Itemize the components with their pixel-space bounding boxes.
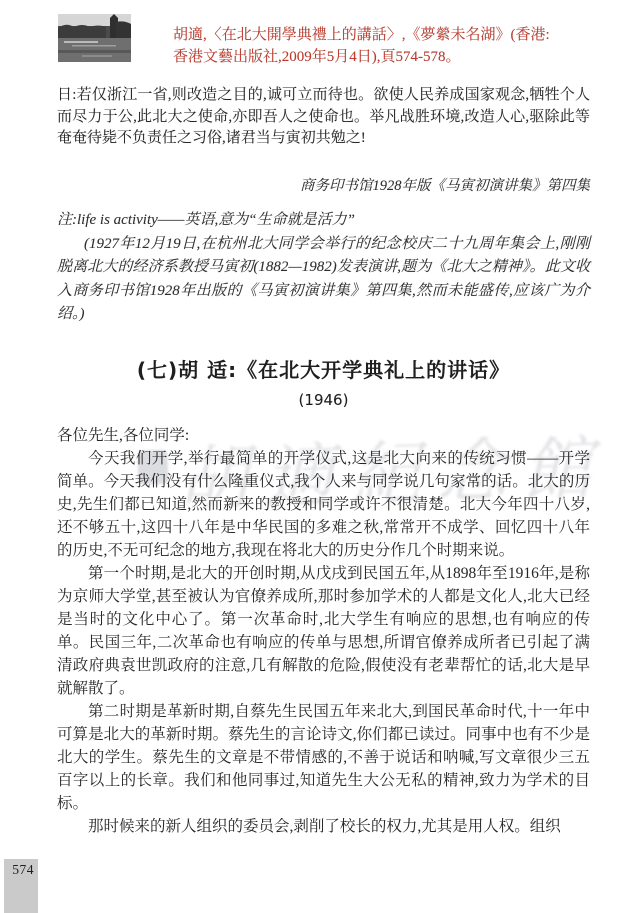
citation-line-2: 香港文藝出版社,2009年5月4日),頁574-578。 bbox=[173, 46, 625, 68]
lake-photo-thumbnail bbox=[58, 14, 131, 62]
page-number-block: 574 bbox=[4, 859, 38, 913]
speech-body: 各位先生,各位同学: 今天我们开学,举行最简单的开学仪式,这是北大向来的传统习惯… bbox=[57, 424, 590, 838]
speech-paragraph: 第一个时期,是北大的开创时期,从戊戌到民国五年,从1898年至1916年,是称为… bbox=[57, 562, 590, 700]
section-year: (1946) bbox=[57, 391, 590, 409]
speech-paragraph: 那时候来的新人组织的委员会,剥削了校长的权力,尤其是用人权。组织 bbox=[57, 815, 590, 838]
scanned-book-page: 胡適,〈在北大開學典禮上的講話〉,《夢縈未名湖》(香港: 香港文藝出版社,200… bbox=[0, 0, 644, 913]
editor-note: 注:life is activity——英语,意为“生命就是活力” (1927年… bbox=[57, 209, 590, 327]
note-definition-line: 注:life is activity——英语,意为“生命就是活力” bbox=[57, 209, 590, 233]
lake-photo-image bbox=[58, 14, 131, 62]
previous-article-body: 日:若仅浙江一省,则改造之目的,诚可立而待也。欲使人民养成国家观念,牺牲个人而尽… bbox=[57, 85, 590, 150]
speech-paragraph: 第二时期是革新时期,自蔡先生民国五年来北大,到国民革命时代,十一年中可算是北大的… bbox=[57, 700, 590, 815]
section-title: (七)胡 适:《在北大开学典礼上的讲话》 bbox=[57, 354, 590, 383]
citation-line-1: 胡適,〈在北大開學典禮上的講話〉,《夢縈未名湖》(香港: bbox=[173, 24, 625, 46]
source-attribution: 商务印书馆1928年版《马寅初演讲集》第四集 bbox=[57, 174, 590, 195]
citation-header: 胡適,〈在北大開學典禮上的講話〉,《夢縈未名湖》(香港: 香港文藝出版社,200… bbox=[173, 24, 625, 68]
speech-salutation: 各位先生,各位同学: bbox=[57, 424, 590, 447]
note-paragraph: (1927年12月19日,在杭州北大同学会举行的纪念校庆二十九周年集会上,刚刚脱… bbox=[57, 233, 590, 327]
page-number: 574 bbox=[4, 859, 38, 878]
speech-paragraph: 今天我们开学,举行最简单的开学仪式,这是北大向来的传统习惯——开学简单。今天我们… bbox=[57, 447, 590, 562]
